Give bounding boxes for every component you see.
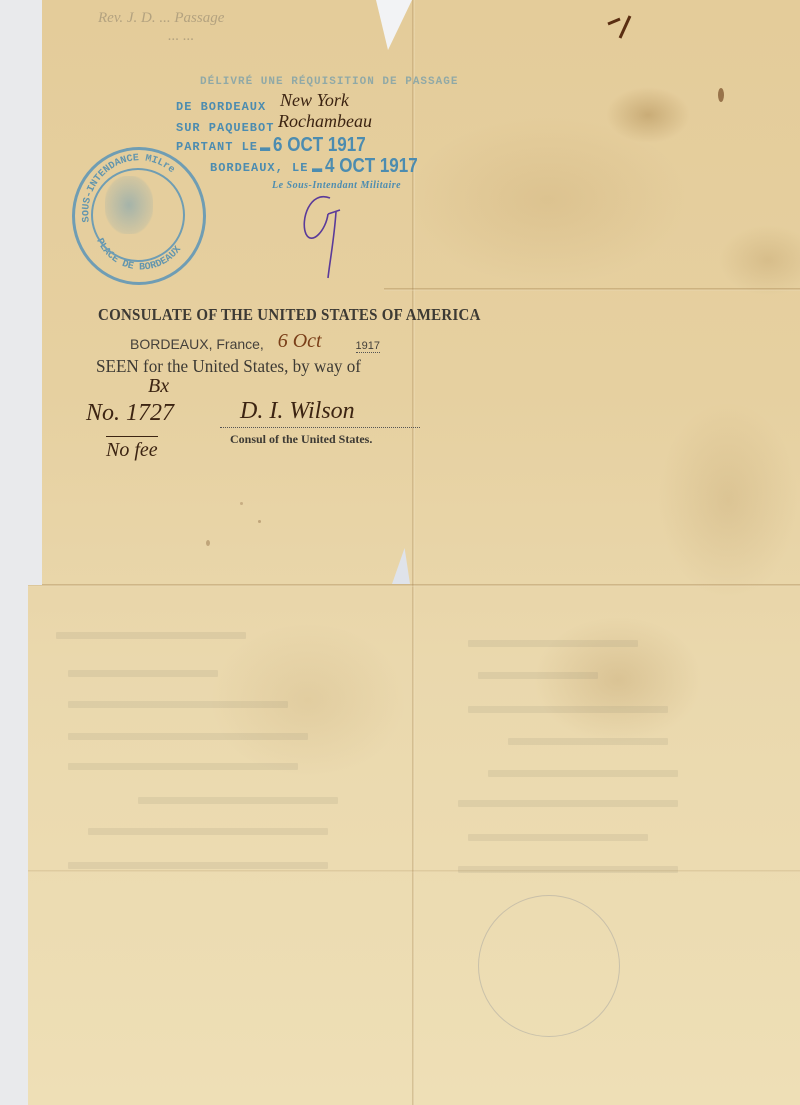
- military-seal-stamp: SOUS-INTENDANCE MILre PLACE DE BORDEAUX: [72, 147, 206, 285]
- ink-speck: [206, 540, 210, 546]
- place-label: BORDEAUX, LE: [210, 161, 308, 175]
- paper-edge-shadow: [28, 0, 42, 585]
- violet-annotation-number: 9: [300, 190, 350, 285]
- from-label: DE BORDEAUX: [176, 100, 266, 114]
- fee-handwritten: No fee: [106, 436, 158, 462]
- seal-emblem-icon: [105, 176, 153, 234]
- horizontal-fold-middle: [28, 584, 800, 587]
- faint-seal-impression: [478, 895, 620, 1037]
- requisition-header: DÉLIVRÉ UNE RÉQUISITION DE PASSAGE: [200, 76, 458, 88]
- visa-number-handwritten: No. 1727: [86, 400, 174, 427]
- horizontal-fold-upper: [384, 288, 800, 291]
- signature-line: [220, 427, 420, 428]
- departing-date-stamp: ▬ 6 OCT 1917: [260, 134, 366, 157]
- ship-value: Rochambeau: [278, 111, 372, 132]
- consul-signature: D. I. Wilson: [240, 398, 355, 425]
- consulate-year: 1917: [356, 340, 380, 353]
- consulate-title: CONSULATE OF THE UNITED STATES OF AMERIC…: [98, 305, 481, 325]
- consulate-city-line: BORDEAUX, France, 6 Oct 1917: [130, 332, 380, 355]
- consulate-date-handwritten: 6 Oct: [278, 330, 322, 352]
- pencil-note-line1: Rev. J. D. ... Passage: [98, 10, 224, 27]
- ship-label: SUR PAQUEBOT: [176, 121, 274, 135]
- ink-spot: [718, 88, 724, 102]
- from-value: New York: [280, 90, 349, 111]
- document-paper: Rev. J. D. ... Passage ... ... DÉLIVRÉ U…: [28, 0, 800, 1105]
- ink-mark: [606, 12, 646, 42]
- pencil-note-line2: ... ...: [168, 28, 194, 45]
- consul-label: Consul of the United States.: [230, 432, 372, 447]
- route-handwritten: Bx: [148, 375, 169, 398]
- place-date-stamp: ▬ 4 OCT 1917: [312, 155, 418, 178]
- ink-speck: [258, 520, 261, 523]
- horizontal-fold-lower: [28, 870, 800, 873]
- consulate-seen-line: SEEN for the United States, by way of: [96, 356, 361, 377]
- ink-speck: [240, 502, 243, 505]
